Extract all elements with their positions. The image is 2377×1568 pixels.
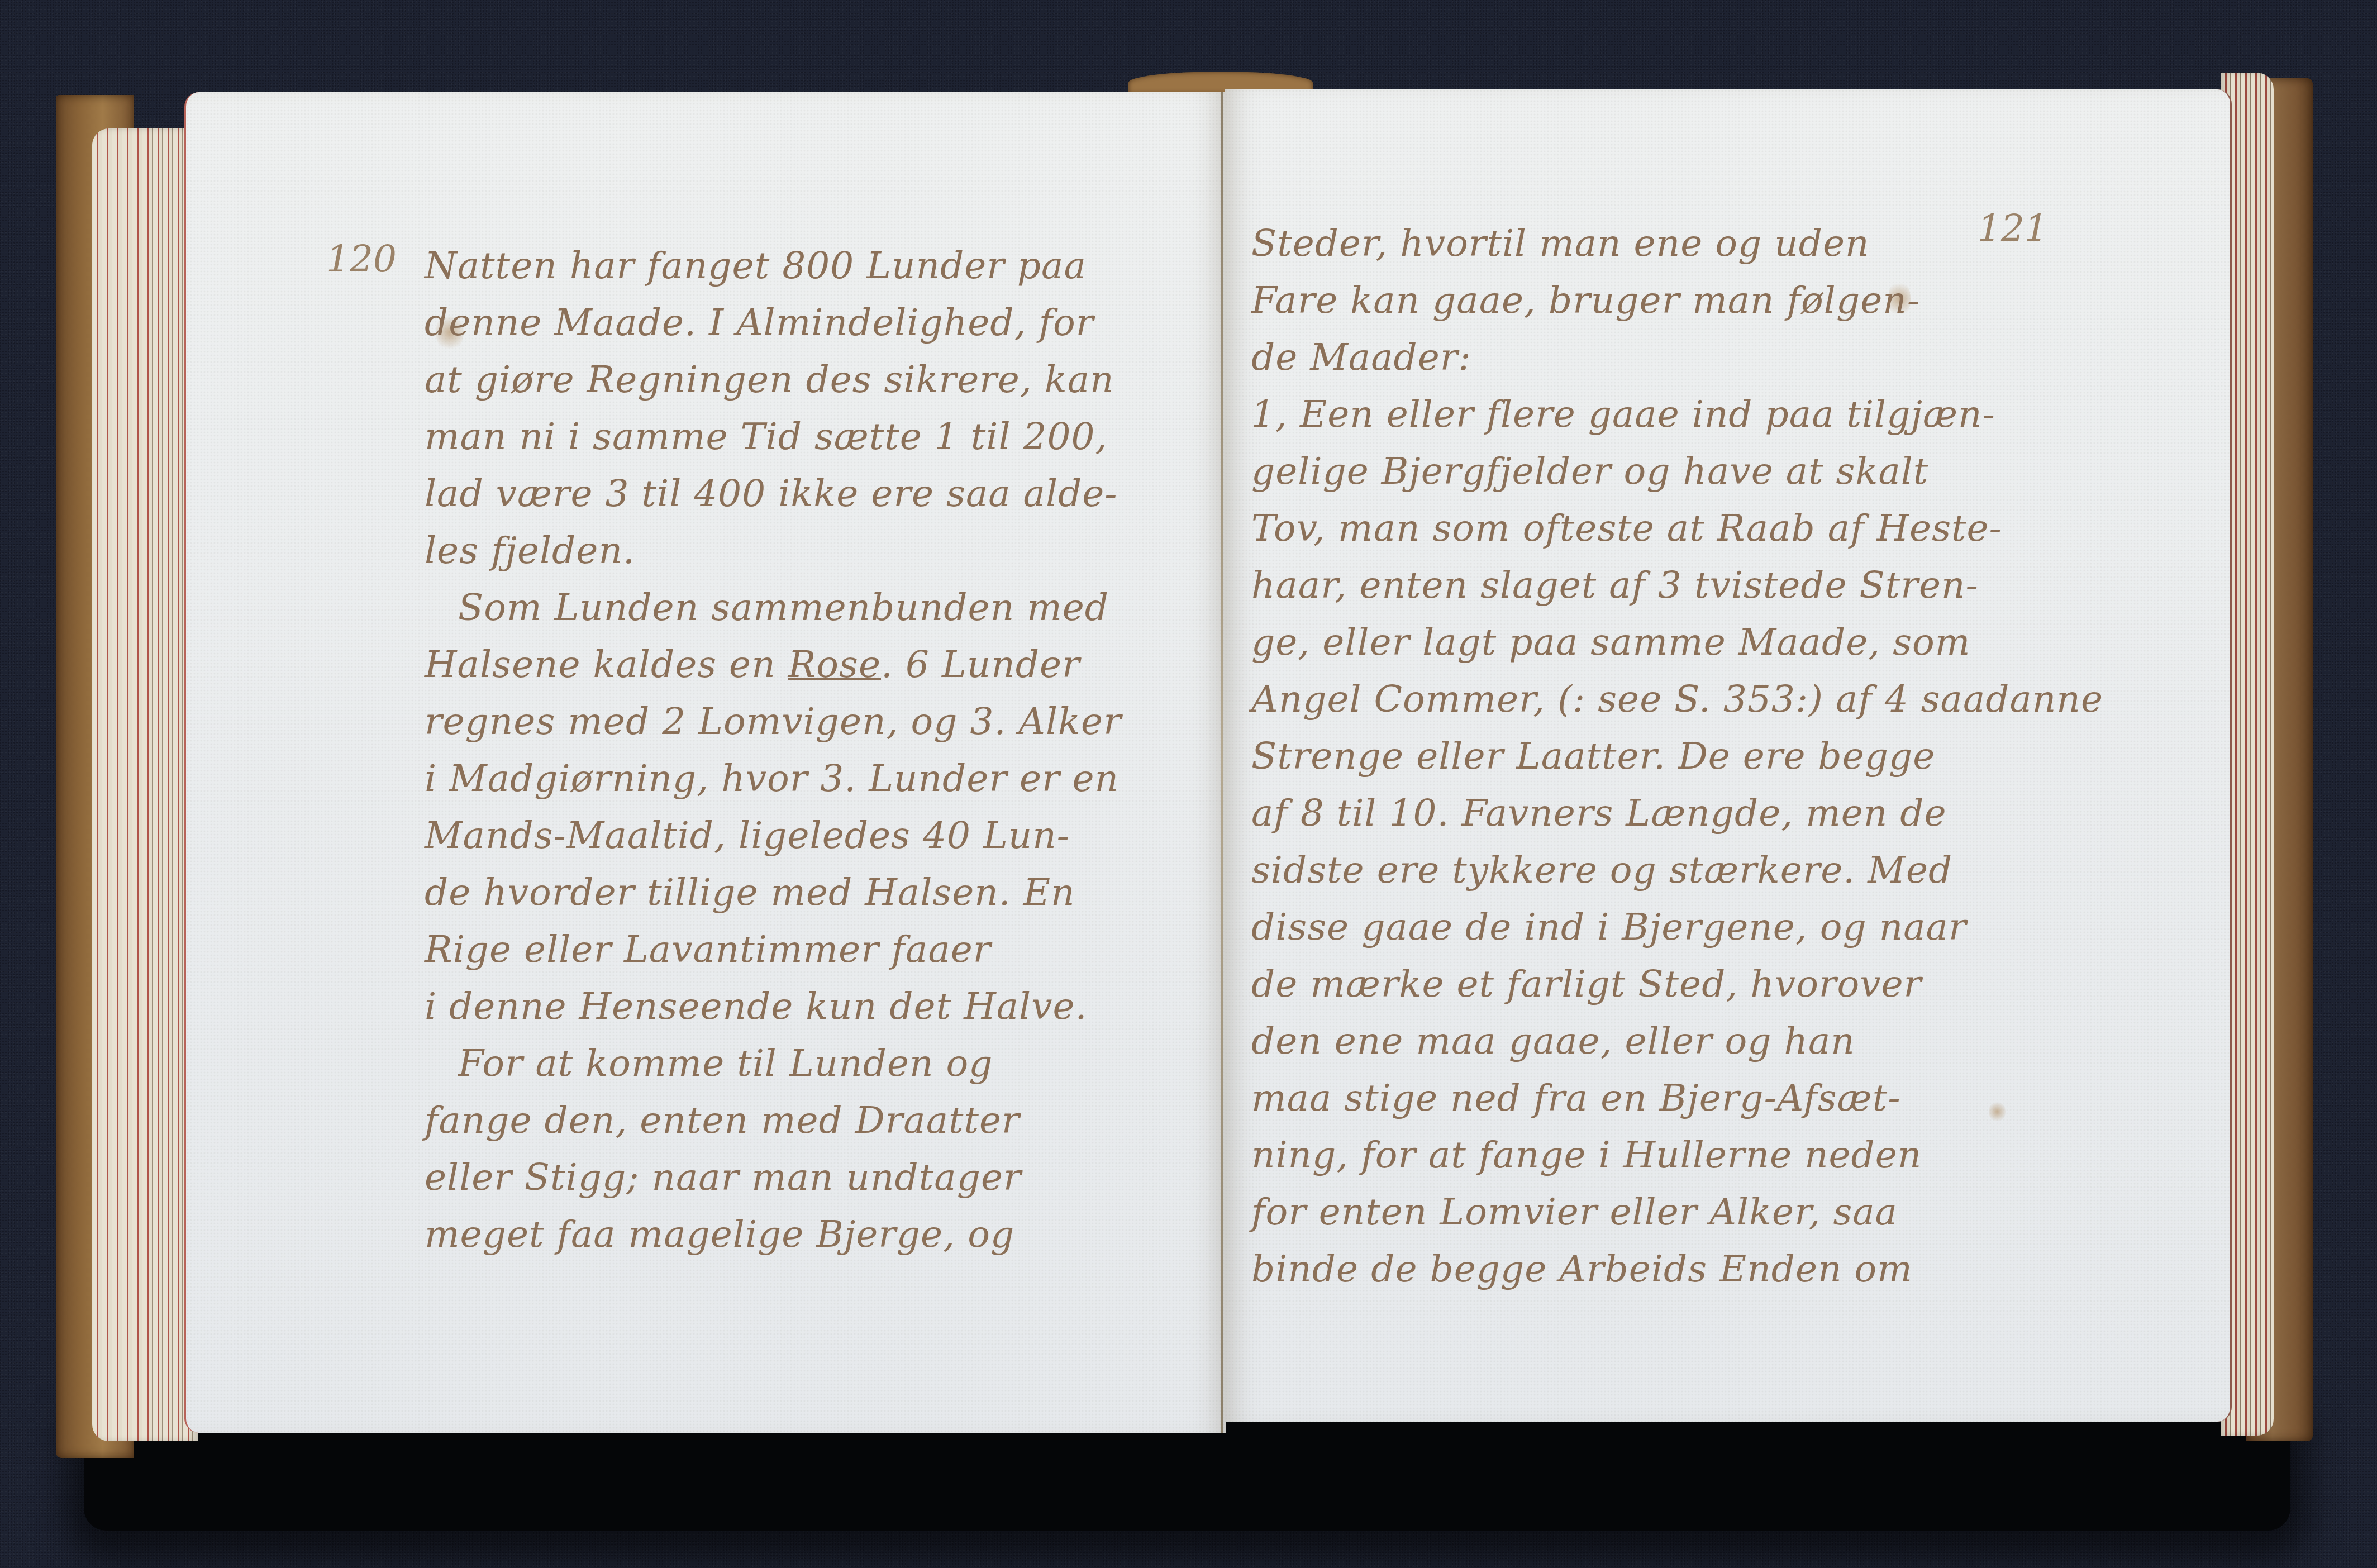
manuscript-line: man ni i samme Tid sætte 1 til 200, bbox=[425, 408, 1122, 465]
manuscript-line: Mands-Maaltid, ligeledes 40 Lun- bbox=[425, 807, 1122, 864]
manuscript-line: Strenge eller Laatter. De ere begge bbox=[1251, 728, 2103, 785]
manuscript-line: Halsene kaldes en Rose. 6 Lunder bbox=[425, 636, 1122, 693]
book-gutter bbox=[1221, 92, 1223, 1433]
manuscript-line: Natten har fanget 800 Lunder paa bbox=[425, 237, 1122, 294]
manuscript-line: den ene maa gaae, eller og han bbox=[1251, 1013, 2103, 1070]
manuscript-line: de hvorder tillige med Halsen. En bbox=[425, 864, 1122, 921]
manuscript-line: Angel Commer, (: see S. 353:) af 4 saada… bbox=[1251, 671, 2103, 728]
manuscript-line: af 8 til 10. Favners Længde, men de bbox=[1251, 785, 2103, 842]
manuscript-line: binde de begge Arbeids Enden om bbox=[1251, 1241, 2103, 1298]
manuscript-line: de mærke et farligt Sted, hvorover bbox=[1251, 956, 2103, 1013]
left-page-text: Natten har fanget 800 Lunder paa denne M… bbox=[425, 237, 1122, 1263]
manuscript-line: i Madgiørning, hvor 3. Lunder er en bbox=[425, 750, 1122, 807]
manuscript-line: disse gaae de ind i Bjergene, og naar bbox=[1251, 899, 2103, 956]
page-stack-left-fore-edge bbox=[92, 128, 198, 1441]
manuscript-line: at giøre Regningen des sikrere, kan bbox=[425, 351, 1122, 408]
page-number-left: 120 bbox=[326, 237, 408, 280]
underlined-word: Rose bbox=[788, 643, 881, 686]
manuscript-line: eller Stigg; naar man undtager bbox=[425, 1149, 1122, 1206]
manuscript-line: Som Lunden sammenbunden med bbox=[425, 579, 1122, 636]
manuscript-line: sidste ere tykkere og stærkere. Med bbox=[1251, 842, 2103, 899]
manuscript-line: regnes med 2 Lomvigen, og 3. Alker bbox=[425, 693, 1122, 750]
manuscript-line: Steder, hvortil man ene og uden bbox=[1251, 215, 2103, 272]
manuscript-line: meget faa magelige Bjerge, og bbox=[425, 1206, 1122, 1263]
manuscript-line: lad være 3 til 400 ikke ere saa alde- bbox=[425, 465, 1122, 522]
manuscript-line: de Maader: bbox=[1251, 329, 2103, 386]
manuscript-line: fange den, enten med Draatter bbox=[425, 1092, 1122, 1149]
manuscript-line: haar, enten slaget af 3 tvistede Stren- bbox=[1251, 557, 2103, 614]
manuscript-line: denne Maade. I Almindelighed, for bbox=[425, 294, 1122, 351]
manuscript-line: gelige Bjergfjelder og have at skalt bbox=[1251, 443, 2103, 500]
manuscript-line: ge, eller lagt paa samme Maade, som bbox=[1251, 614, 2103, 671]
manuscript-line: les fjelden. bbox=[425, 522, 1122, 579]
right-page-text: Steder, hvortil man ene og uden Fare kan… bbox=[1251, 215, 2103, 1298]
manuscript-line: Rige eller Lavantimmer faaer bbox=[425, 921, 1122, 978]
manuscript-line: i denne Henseende kun det Halve. bbox=[425, 978, 1122, 1035]
manuscript-line: Tov, man som ofteste at Raab af Heste- bbox=[1251, 500, 2103, 557]
book-shadow bbox=[84, 1419, 2290, 1531]
manuscript-line: ning, for at fange i Hullerne neden bbox=[1251, 1127, 2103, 1184]
manuscript-line: for enten Lomvier eller Alker, saa bbox=[1251, 1184, 2103, 1241]
manuscript-line: Fare kan gaae, bruger man følgen- bbox=[1251, 272, 2103, 329]
manuscript-line: For at komme til Lunden og bbox=[425, 1035, 1122, 1092]
manuscript-line: maa stige ned fra en Bjerg-Afsæt- bbox=[1251, 1070, 2103, 1127]
manuscript-line: 1, Een eller flere gaae ind paa tilgjæn- bbox=[1251, 386, 2103, 443]
